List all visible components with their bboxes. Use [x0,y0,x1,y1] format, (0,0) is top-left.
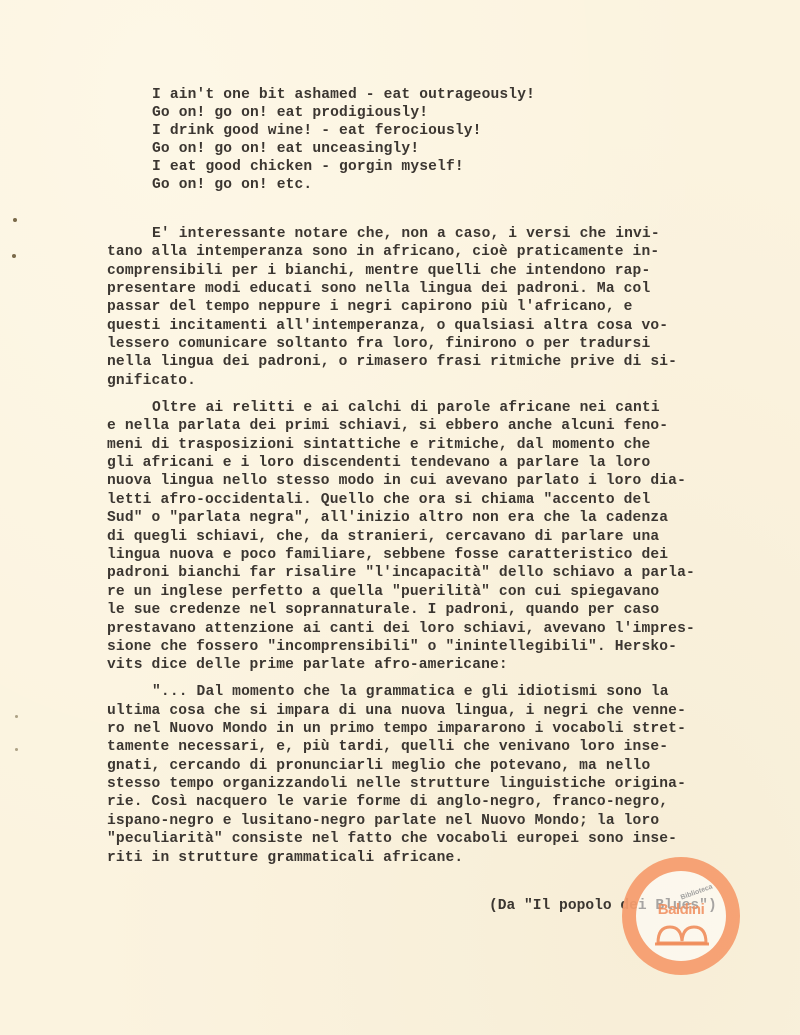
verse-line: Go on! go on! etc. [152,176,312,194]
paragraph-line: E' interessante notare che, non a caso, … [152,225,660,243]
paragraph-line: prestavano attenzione ai canti dei loro … [107,620,695,638]
quotation-line: stesso tempo organizzandoli nelle strutt… [107,775,686,793]
margin-mark [15,748,18,751]
paragraph-line: tano alla intemperanza sono in africano,… [107,243,659,261]
quotation-line: tamente necessari, e, più tardi, quelli … [107,738,668,756]
quotation-line: ispano-negro e lusitano-negro parlate ne… [107,812,659,830]
quotation-line: "... Dal momento che la grammatica e gli… [152,683,669,701]
paragraph-line: comprensibili per i bianchi, mentre quel… [107,262,650,280]
quotation-line: ro nel Nuovo Mondo in un primo tempo imp… [107,720,686,738]
paragraph-line: letti afro-occidentali. Quello che ora s… [107,491,650,509]
verse-line: I drink good wine! - eat ferociously! [152,122,482,140]
paragraph-line: di quegli schiavi, che, da stranieri, ce… [107,528,659,546]
paragraph-line: Oltre ai relitti e ai calchi di parole a… [152,399,660,417]
paragraph-line: gli africani e i loro discendenti tendev… [107,454,650,472]
paragraph-line: padroni bianchi far risalire "l'incapaci… [107,564,695,582]
paragraph-line: Sud" o "parlata negra", all'inizio altro… [107,509,668,527]
margin-mark [12,254,16,258]
quotation-line: rie. Così nacquero le varie forme di ang… [107,793,668,811]
open-book-icon [654,923,710,947]
quotation-line: "peculiarità" consiste nel fatto che voc… [107,830,677,848]
paragraph-line: sione che fossero "incomprensibili" o "i… [107,638,677,656]
document-page: I ain't one bit ashamed - eat outrageous… [0,0,800,1035]
stamp-brand-name: Baldini [650,901,712,918]
paragraph-line: re un inglese perfetto a quella "puerili… [107,583,659,601]
paragraph-line: vits dice delle prime parlate afro-ameri… [107,656,508,674]
paragraph-line: le sue credenze nel soprannaturale. I pa… [107,601,659,619]
margin-mark [13,218,17,222]
quotation-line: gnati, cercando di pronunciarli meglio c… [107,757,650,775]
paragraph-line: lessero comunicare soltanto fra loro, fi… [107,335,650,353]
paragraph-line: nuova lingua nello stesso modo in cui av… [107,472,686,490]
verse-line: Go on! go on! eat prodigiously! [152,104,428,122]
paragraph-line: gnificato. [107,372,196,390]
paragraph-line: lingua nuova e poco familiare, sebbene f… [107,546,668,564]
stamp-small-text: Biblioteca [680,883,714,901]
quotation-line: ultima cosa che si impara di una nuova l… [107,702,686,720]
paragraph-line: presentare modi educati sono nella lingu… [107,280,650,298]
quotation-line: riti in strutture grammaticali africane. [107,849,463,867]
margin-mark [15,715,18,718]
paragraph-line: nella lingua dei padroni, o rimasero fra… [107,353,677,371]
library-stamp-logo: Biblioteca Baldini [622,857,740,975]
verse-line: I eat good chicken - gorgin myself! [152,158,464,176]
paragraph-line: meni di trasposizioni sintattiche e ritm… [107,436,650,454]
paragraph-line: questi incitamenti all'intemperanza, o q… [107,317,668,335]
verse-line: Go on! go on! eat unceasingly! [152,140,419,158]
paragraph-line: passar del tempo neppure i negri capiron… [107,298,633,316]
verse-line: I ain't one bit ashamed - eat outrageous… [152,86,535,104]
paragraph-line: e nella parlata dei primi schiavi, si eb… [107,417,668,435]
